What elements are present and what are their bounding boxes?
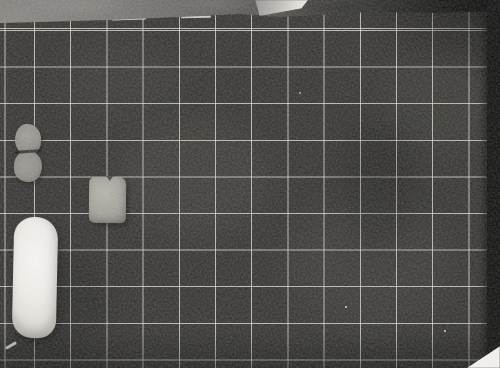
dust-speck	[444, 330, 446, 332]
board-dark-smudge	[345, 118, 415, 248]
photograph	[0, 0, 500, 368]
artifact-rect-stone	[89, 177, 126, 223]
board-mottle	[58, 40, 183, 120]
dust-speck	[299, 92, 301, 94]
maul-bottom-lobe	[14, 151, 42, 182]
dust-speck	[345, 306, 347, 308]
board-mottle	[118, 118, 268, 238]
artifact-grooved-stone-maul	[14, 124, 42, 182]
artifact-white-pestle	[12, 217, 59, 339]
slab-notch	[106, 176, 113, 181]
grid-board	[0, 0, 500, 368]
photo-right-edge	[487, 0, 500, 368]
